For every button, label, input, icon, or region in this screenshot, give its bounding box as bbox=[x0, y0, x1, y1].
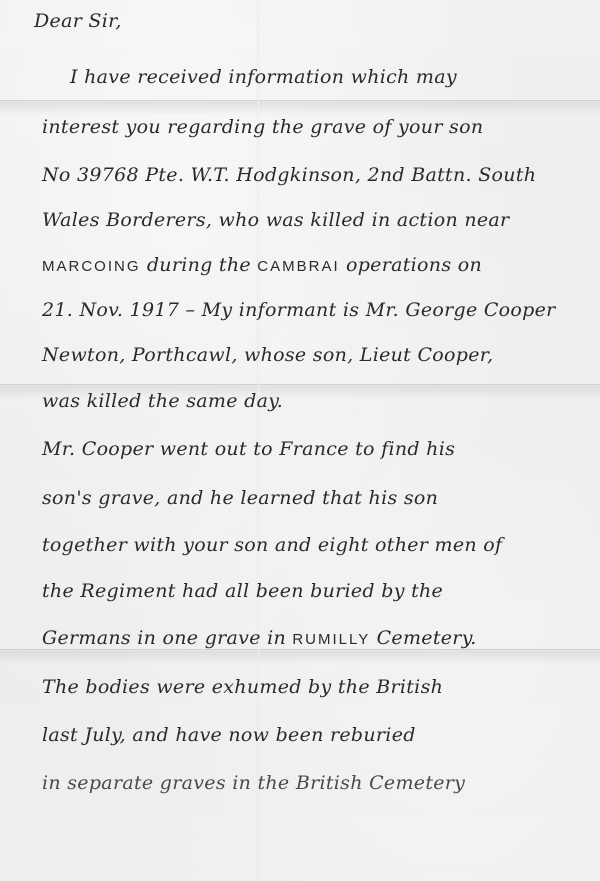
letter-page: Dear Sir, I have received information wh… bbox=[0, 0, 600, 881]
letter-line: last July, and have now been reburied bbox=[42, 724, 416, 746]
letter-line: Newton, Porthcawl, whose son, Lieut Coop… bbox=[42, 344, 493, 366]
letter-line: Mr. Cooper went out to France to find hi… bbox=[42, 438, 455, 460]
letter-line: the Regiment had all been buried by the bbox=[42, 580, 443, 602]
letter-line: Germans in one grave in RUMILLY Cemetery… bbox=[42, 627, 477, 649]
letter-line: son's grave, and he learned that his son bbox=[42, 487, 438, 509]
salutation: Dear Sir, bbox=[34, 10, 122, 32]
text-fragment: during the bbox=[141, 254, 258, 276]
fold-line bbox=[0, 384, 600, 386]
operation-name-cambrai: CAMBRAI bbox=[257, 258, 339, 275]
text-fragment: Germans in one grave in bbox=[42, 627, 292, 649]
place-name-marcoing: MARCOING bbox=[42, 258, 141, 275]
place-name-rumilly: RUMILLY bbox=[292, 631, 370, 648]
letter-line: interest you regarding the grave of your… bbox=[42, 116, 483, 138]
fold-line bbox=[0, 100, 600, 102]
text-fragment: operations on bbox=[340, 254, 482, 276]
letter-line: No 39768 Pte. W.T. Hodgkinson, 2nd Battn… bbox=[42, 164, 536, 186]
letter-line: 21. Nov. 1917 – My informant is Mr. Geor… bbox=[42, 299, 556, 321]
letter-line: The bodies were exhumed by the British bbox=[42, 676, 443, 698]
fold-shadow bbox=[0, 650, 600, 664]
text-fragment: Cemetery. bbox=[370, 627, 476, 649]
fold-shadow bbox=[0, 101, 600, 115]
letter-line: Wales Borderers, who was killed in actio… bbox=[42, 209, 509, 231]
letter-line: was killed the same day. bbox=[42, 390, 283, 412]
fold-line bbox=[0, 649, 600, 651]
letter-line: MARCOING during the CAMBRAI operations o… bbox=[42, 254, 482, 276]
letter-line: I have received information which may bbox=[70, 66, 457, 88]
letter-line: in separate graves in the British Cemete… bbox=[42, 772, 465, 794]
letter-line: together with your son and eight other m… bbox=[42, 534, 502, 556]
